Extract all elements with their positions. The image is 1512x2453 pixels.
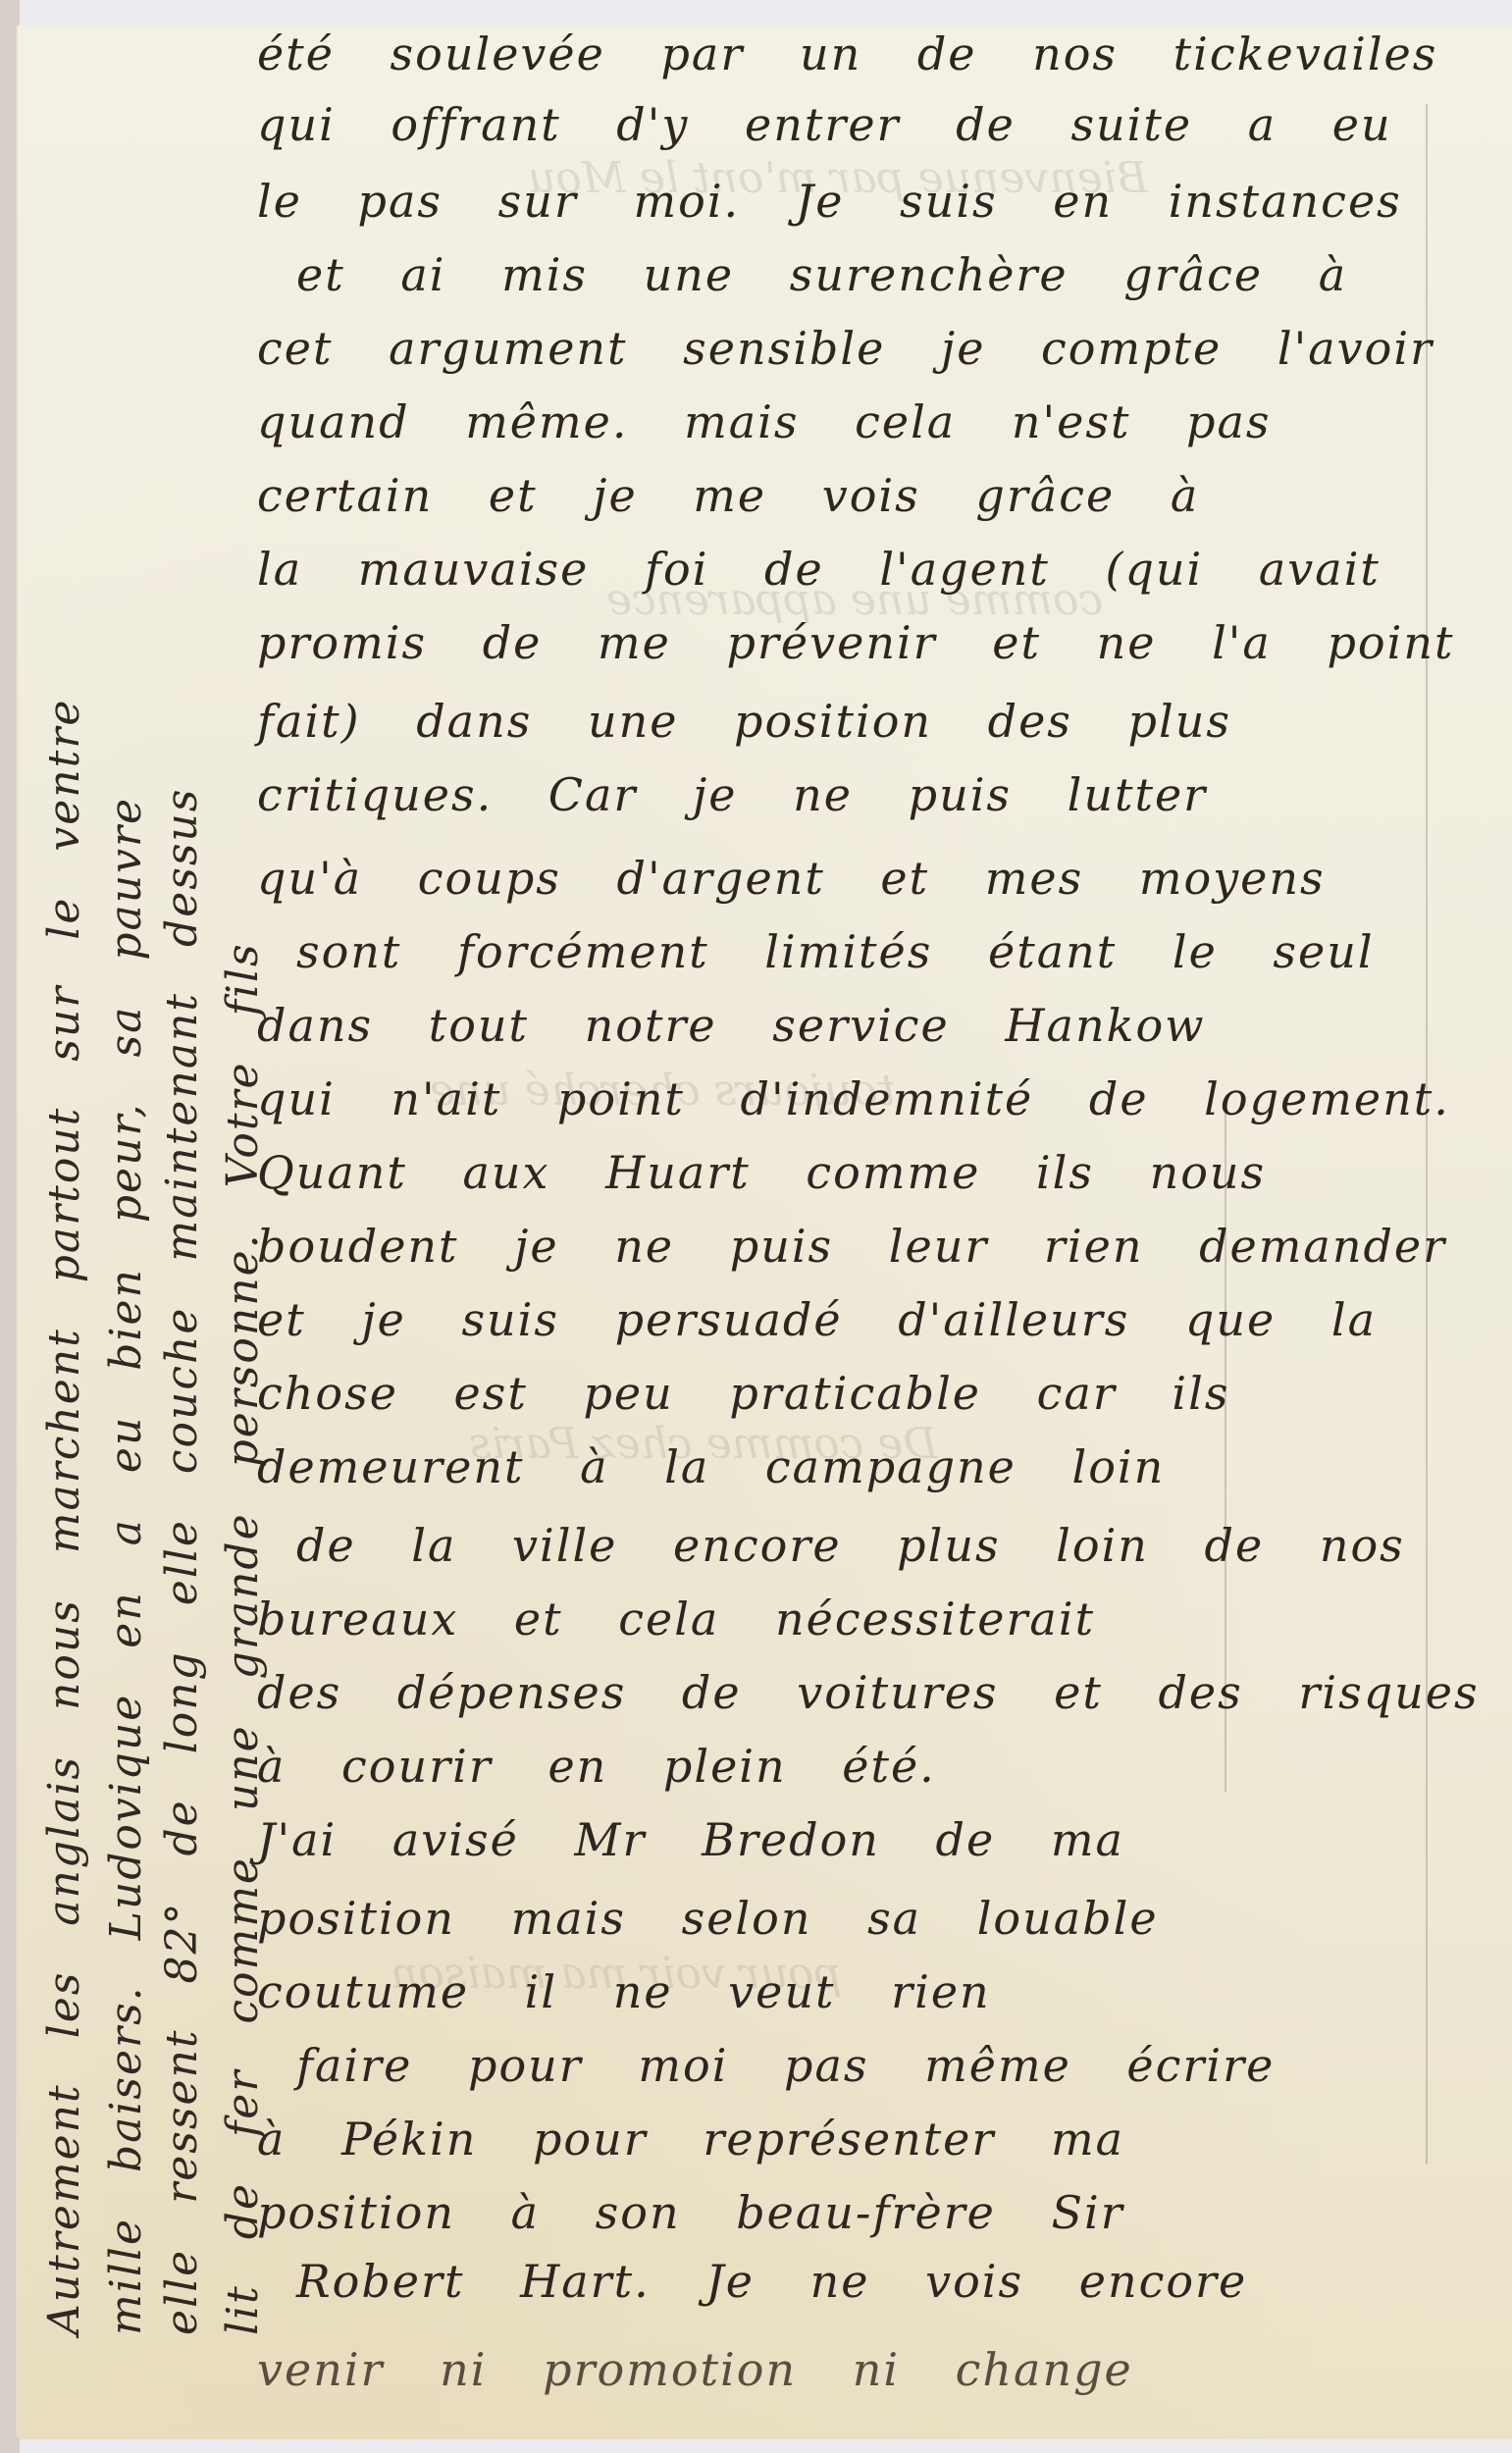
body-line: critiques. Car je ne puis lutter — [257, 768, 1207, 821]
body-line: été soulevée par un de nos tickevailes — [257, 27, 1437, 80]
body-line: de la ville encore plus loin de nos — [296, 1519, 1405, 1572]
margin-line: elle ressent 82° de long elle couche mai… — [157, 788, 207, 2335]
margin-cross-writing: Autrement les anglais nous marchent part… — [0, 0, 255, 2453]
body-line: la mauvaise foi de l'agent (qui avait — [257, 543, 1381, 596]
body-line: faire pour moi pas même écrire — [296, 2039, 1275, 2092]
body-line: qui offrant d'y entrer de suite a eu — [257, 98, 1392, 151]
body-line: à Pékin pour représenter ma — [257, 2113, 1124, 2166]
body-line: quand même. mais cela n'est pas — [257, 395, 1272, 448]
body-line: dans tout notre service Hankow — [257, 999, 1206, 1052]
body-line: certain et je me vois grâce à — [257, 469, 1199, 522]
body-line: sont forcément limités étant le seul — [296, 925, 1375, 978]
body-line: fait) dans une position des plus — [257, 695, 1231, 748]
body-line: demeurent à la campagne loin — [257, 1440, 1165, 1493]
body-line: Robert Hart. Je ne vois encore — [296, 2255, 1247, 2308]
body-line: J'ai avisé Mr Bredon de ma — [257, 1813, 1124, 1866]
body-line: chose est peu praticable car ils — [257, 1367, 1229, 1420]
body-line: et je suis persuadé d'ailleurs que la — [257, 1293, 1377, 1346]
body-line: boudent je ne puis leur rien demander — [257, 1220, 1446, 1273]
body-line: bureaux et cela nécessiterait — [257, 1592, 1095, 1645]
body-line: position mais selon sa louable — [257, 1892, 1159, 1945]
body-line: et ai mis une surenchère grâce à — [296, 248, 1347, 301]
body-line: cet argument sensible je compte l'avoir — [257, 322, 1434, 375]
body-line: coutume il ne veut rien — [257, 1965, 991, 2018]
body-line: des dépenses de voitures et des risques — [257, 1666, 1480, 1719]
body-line: qui n'ait point d'indemnité de logement. — [257, 1072, 1450, 1125]
body-line: Quant aux Huart comme ils nous — [257, 1146, 1266, 1199]
body-line: à courir en plein été. — [257, 1740, 936, 1793]
margin-line: mille baisers. Ludovique en a eu bien pe… — [101, 797, 151, 2335]
body-line: venir ni promotion ni change — [257, 2343, 1133, 2396]
pencil-rule — [1426, 104, 1428, 2165]
body-line: qu'à coups d'argent et mes moyens — [257, 852, 1326, 905]
margin-line: Autrement les anglais nous marchent part… — [39, 699, 89, 2335]
body-line: promis de me prévenir et ne l'a point — [257, 616, 1454, 669]
body-line: position à son beau-frère Sir — [257, 2186, 1124, 2239]
body-line: le pas sur moi. Je suis en instances — [257, 175, 1402, 228]
